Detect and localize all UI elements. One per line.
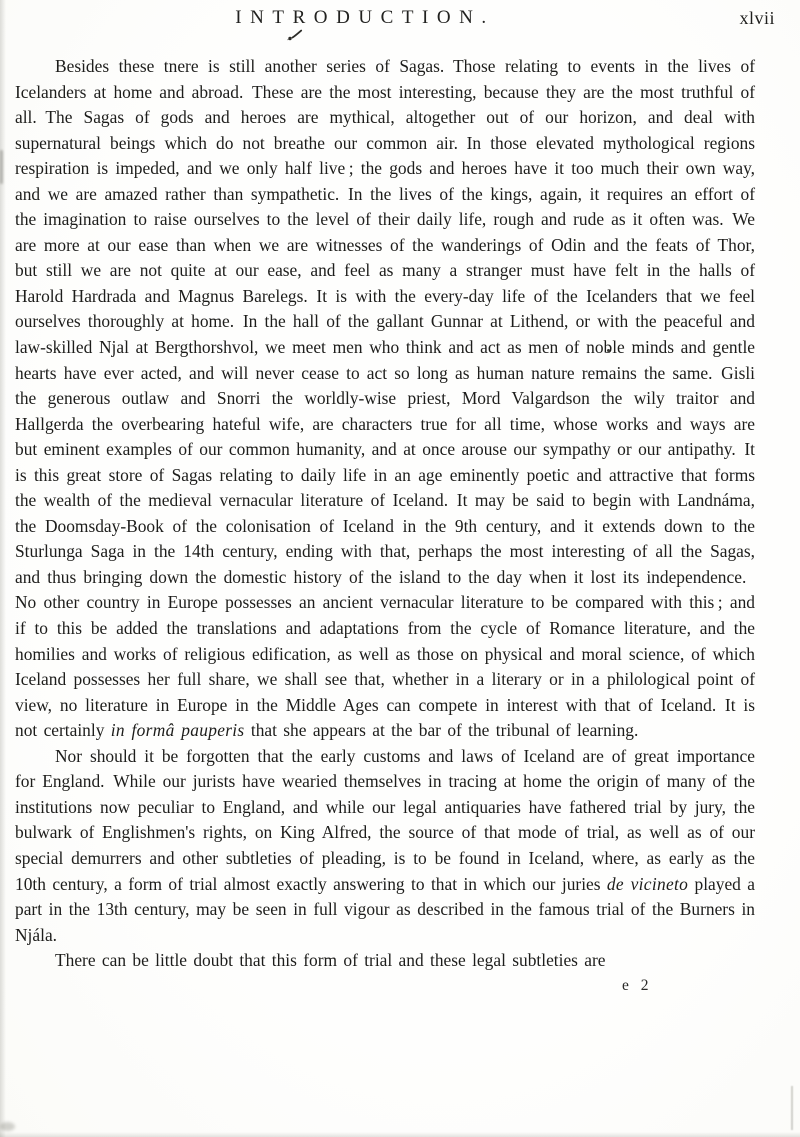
paragraph-text: that she appears at the bar of the tribu… xyxy=(245,720,639,740)
body-paragraph-3: There can be little doubt that this form… xyxy=(15,948,755,974)
page-title: INTRODUCTION. xyxy=(0,7,730,29)
scan-edge-shadow-bottom xyxy=(0,1132,800,1137)
body-paragraph-1: Besides these tnere is still another ser… xyxy=(15,54,755,744)
latin-phrase-in-forma-pauperis: in formâ pauperis xyxy=(111,720,245,740)
page-header: INTRODUCTION. xlvii xyxy=(0,0,800,39)
scan-artifact xyxy=(791,1086,793,1130)
ink-smudge-icon xyxy=(286,27,306,43)
signature-mark: e 2 xyxy=(622,973,755,999)
scan-artifact xyxy=(0,150,3,184)
paragraph-text: There can be little doubt that this form… xyxy=(55,950,606,970)
book-page: INTRODUCTION. xlvii Besides these tnere … xyxy=(0,0,800,1137)
ink-speck xyxy=(607,349,610,352)
scan-artifact xyxy=(0,1122,15,1131)
page-number: xlvii xyxy=(739,8,775,29)
body-paragraph-2: Nor should it be forgotten that the earl… xyxy=(15,744,755,948)
latin-phrase-de-vicineto: de vicineto xyxy=(607,874,688,894)
body-text: Besides these tnere is still another ser… xyxy=(15,54,755,998)
paragraph-text: Nor should it be forgotten that the earl… xyxy=(15,746,755,894)
paragraph-text: Besides these tnere is still another ser… xyxy=(15,56,755,740)
